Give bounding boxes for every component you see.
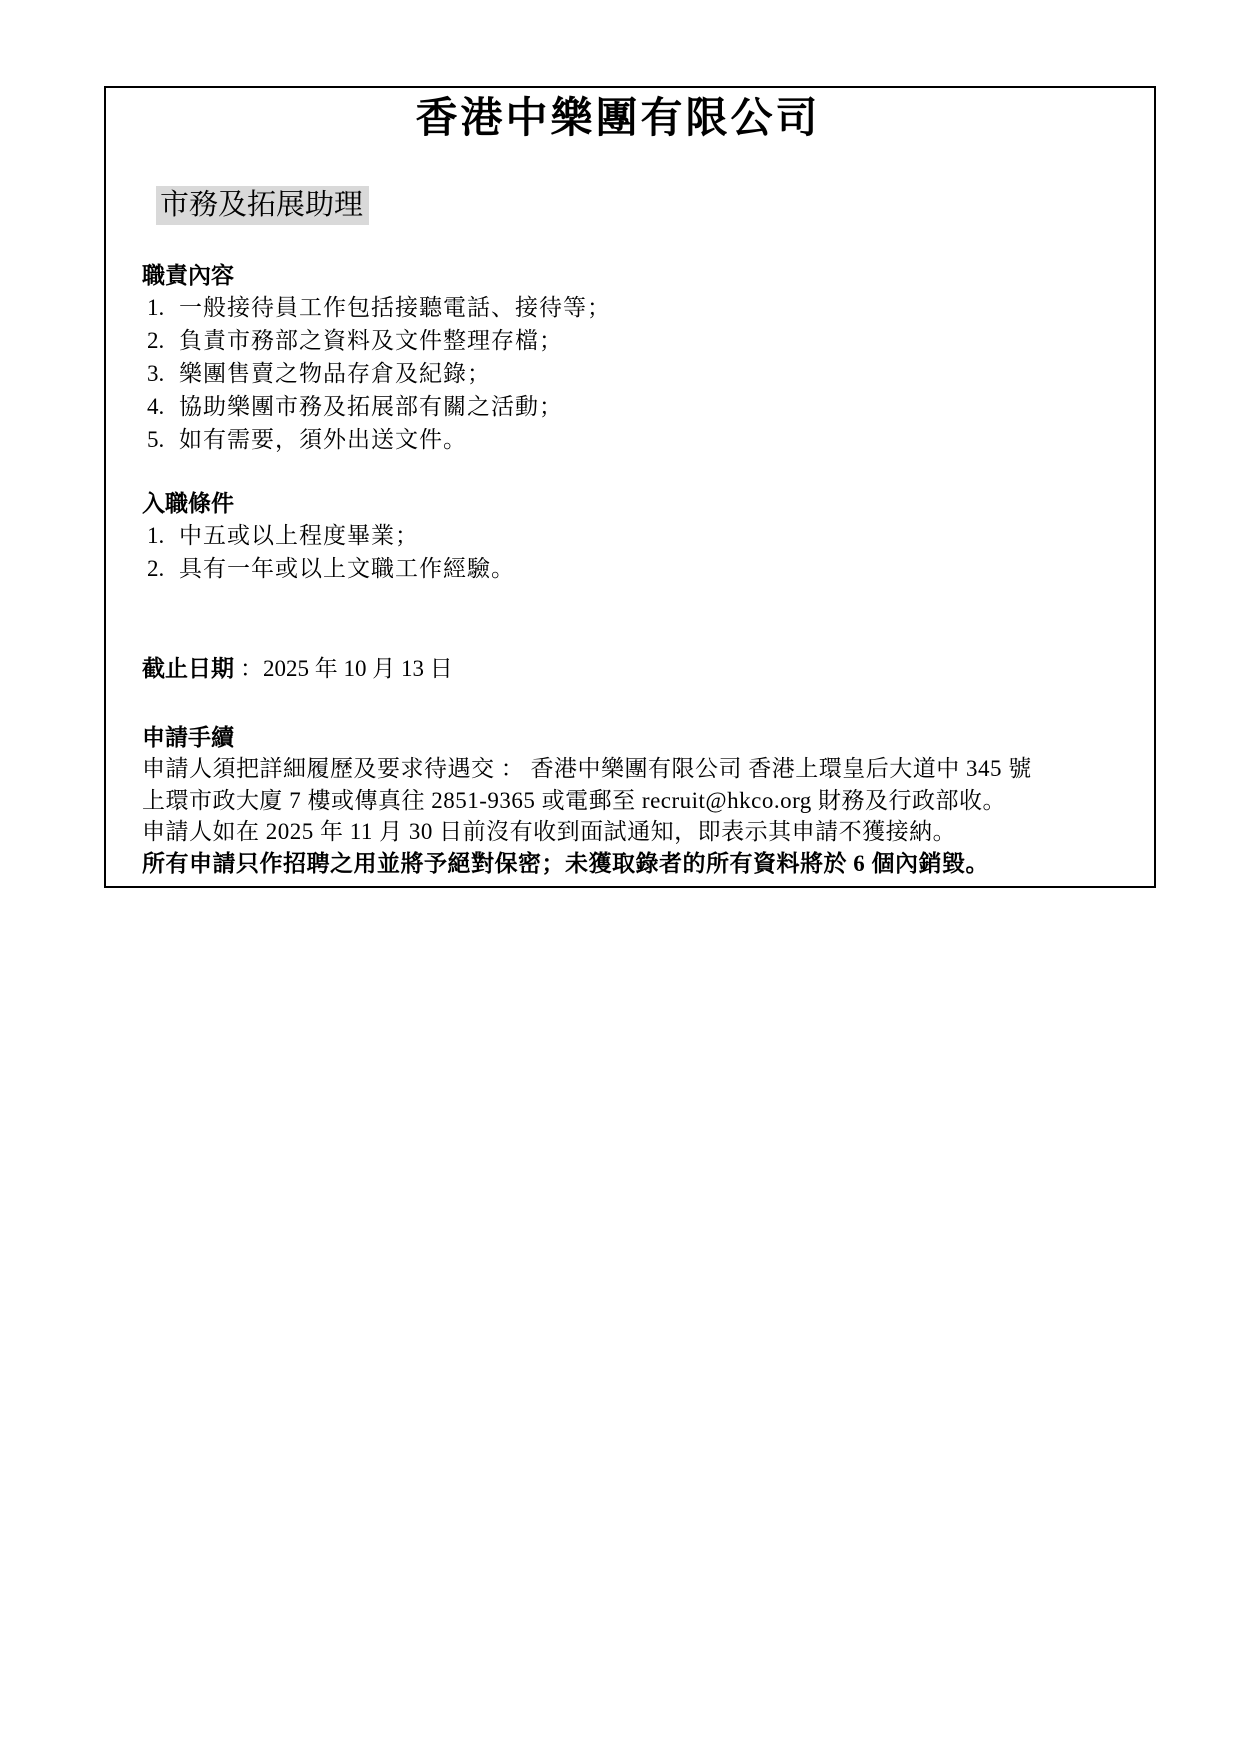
list-number: 1.	[142, 519, 179, 552]
application-heading: 申請手續	[142, 723, 1094, 753]
confidential-note: 所有申請只作招聘之用並將予絕對保密；未獲取錄者的所有資料將於 6 個內銷毀。	[142, 848, 1094, 880]
deadline-line: 截止日期：2025 年 10 月 13 日	[142, 653, 1094, 685]
application-line-2: 上環市政大廈 7 樓或傳真往 2851-9365 或電郵至 recruit@hk…	[142, 785, 1094, 817]
job-title-highlighted: 市務及拓展助理	[156, 186, 369, 225]
list-text: 一般接待員工作包括接聽電話、接待等；	[179, 291, 1094, 324]
duties-item-5: 5. 如有需要，須外出送文件。	[142, 423, 1094, 456]
list-number: 5.	[142, 423, 179, 456]
application-line-1: 申請人須把詳細履歷及要求待遇交 ： 香港中樂團有限公司 香港上環皇后大道中 34…	[142, 753, 1094, 785]
document-page: 香港中樂團有限公司 市務及拓展助理 職責內容 1. 一般接待員工作包括接聽電話、…	[0, 0, 1241, 1755]
application-line-3: 申請人如在 2025 年 11 月 30 日前沒有收到面試通知，即表示其申請不獲…	[142, 816, 1094, 848]
job-title-row: 市務及拓展助理	[156, 186, 1094, 225]
duties-item-4: 4. 協助樂團市務及拓展部有關之活動；	[142, 390, 1094, 423]
list-number: 3.	[142, 357, 179, 390]
list-number: 4.	[142, 390, 179, 423]
deadline-label: 截止日期	[142, 656, 234, 681]
duties-item-3: 3. 樂團售賣之物品存倉及紀錄；	[142, 357, 1094, 390]
duties-item-1: 1. 一般接待員工作包括接聽電話、接待等；	[142, 291, 1094, 324]
list-text: 具有一年或以上文職工作經驗。	[179, 552, 1094, 585]
list-text: 協助樂團市務及拓展部有關之活動；	[179, 390, 1094, 423]
document-border-frame: 香港中樂團有限公司 市務及拓展助理 職責內容 1. 一般接待員工作包括接聽電話、…	[104, 86, 1156, 888]
application-paragraph: 申請人須把詳細履歷及要求待遇交 ： 香港中樂團有限公司 香港上環皇后大道中 34…	[142, 753, 1094, 879]
deadline-value: ：2025 年 10 月 13 日	[240, 656, 453, 681]
duties-item-2: 2. 負責市務部之資料及文件整理存檔；	[142, 324, 1094, 357]
list-number: 2.	[142, 324, 179, 357]
list-number: 1.	[142, 291, 179, 324]
list-text: 如有需要，須外出送文件。	[179, 423, 1094, 456]
list-text: 中五或以上程度畢業；	[179, 519, 1094, 552]
company-title: 香港中樂團有限公司	[142, 92, 1094, 146]
list-text: 負責市務部之資料及文件整理存檔；	[179, 324, 1094, 357]
list-number: 2.	[142, 552, 179, 585]
requirements-heading: 入職條件	[142, 489, 1094, 519]
requirements-list: 1. 中五或以上程度畢業； 2. 具有一年或以上文職工作經驗。	[142, 519, 1094, 585]
list-text: 樂團售賣之物品存倉及紀錄；	[179, 357, 1094, 390]
duties-heading: 職責內容	[142, 261, 1094, 291]
requirements-item-2: 2. 具有一年或以上文職工作經驗。	[142, 552, 1094, 585]
requirements-item-1: 1. 中五或以上程度畢業；	[142, 519, 1094, 552]
duties-list: 1. 一般接待員工作包括接聽電話、接待等； 2. 負責市務部之資料及文件整理存檔…	[142, 291, 1094, 456]
